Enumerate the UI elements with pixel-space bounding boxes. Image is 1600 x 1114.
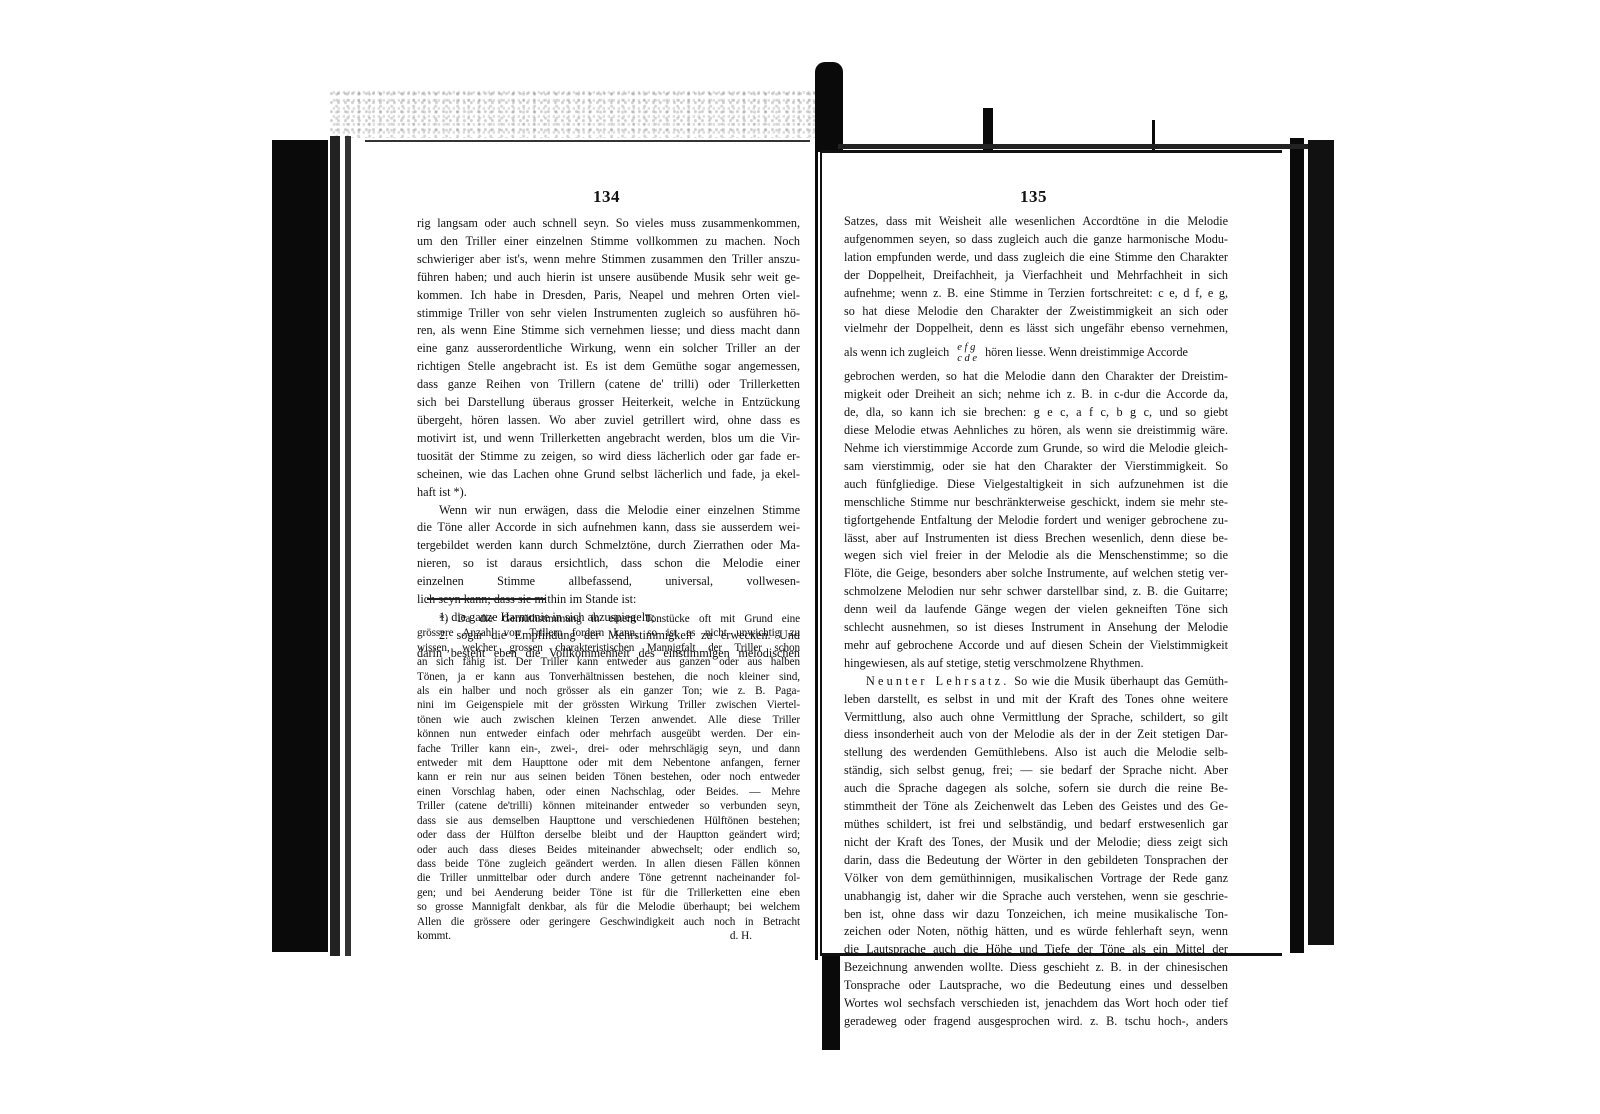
text-line: unabhangig ist, daher wir die Sprache au… [844,888,1228,906]
section-heading: Neunter Lehrsatz. [866,674,1009,688]
text-line: kommen. Ich habe in Dresden, Paris, Neap… [417,287,800,305]
text-line: schwieriger aber ist's, wenn mehre Stimm… [417,251,800,269]
left-body-text: rig langsam oder auch schnell seyn. So v… [417,215,800,663]
text-line: vielmehr der Doppelheit, denn es lässt s… [844,320,1228,338]
footnote-line: die Triller unmittelbar oder durch ander… [417,871,800,885]
footnote-line: einen Vorschlag haben, oder einen Nachsc… [417,785,800,799]
text-line: stimmige Triller von sehr vielen Instrum… [417,305,800,323]
right-body-text: Satzes, dass mit Weisheit alle wesenlich… [844,213,1228,1031]
text-line: sich bei Darstellung überaus grosser Hei… [417,394,800,412]
text-line: aufnehme; wenn z. B. eine Stimme in Terz… [844,285,1228,303]
chord-line-after: hören liesse. Wenn dreistimmige Accorde [985,345,1188,359]
gutter-bottom [822,955,840,1050]
page-number-right: 135 [1020,187,1047,207]
text-line: wegen sich viel freier in der Melodie al… [844,547,1228,565]
text-line: stimmtheit der Töne als Zeichenwelt das … [844,798,1228,816]
footnote-line: entweder mit dem Haupttone oder mit dem … [417,756,800,770]
footnote: *) Da die Gemüthstimmung in einem Tonstü… [417,612,800,944]
text-line: mehr auf gebrochene Accorde und auf dies… [844,637,1228,655]
text-line: der Doppelheit, Dreifachheit, ja Vierfac… [844,267,1228,285]
text-line: stellung des werdenden Gemüthlebens. Als… [844,744,1228,762]
footnote-line: an sich fähig ist. Der Triller kann entw… [417,655,800,669]
text-line: aufgenommen seyen, so dass zugleich auch… [844,231,1228,249]
text-line: Flöte, die Geige, besonders aber solche … [844,565,1228,583]
text-line: Nehme ich vierstimmige Accorde zum Grund… [844,440,1228,458]
chord-lower: c d e [957,353,977,364]
footnote-line: kann er rein nur aus seinen beiden Tönen… [417,770,800,784]
text-line: darin, dass die Bedeutung der Wörter in … [844,852,1228,870]
footnote-line: gen; und bei Aenderung beider Töne ist f… [417,886,800,900]
footnote-line: wissen, welcher grossen charakteristisch… [417,641,800,655]
text-line: müthes schildert, ist frei und selbständ… [844,816,1228,834]
text-line: ständig, sich selbst genug, frei; — sie … [844,762,1228,780]
footnote-line: können nun entweder einfach oder mehrfac… [417,727,800,741]
footnote-line: grössere Anzahl von Trillern fordern kan… [417,626,800,640]
text-line: die Lautsprache auch die Höhe und Tiefe … [844,941,1228,959]
text-line: eine ganz ausserordentliche Wirkung, wen… [417,340,800,358]
text-line: Satzes, dass mit Weisheit alle wesenlich… [844,213,1228,231]
footnote-rule [427,598,545,600]
text-line: migkeit oder Dreiheit an sich; nehme ich… [844,386,1228,404]
section-heading-line: Neunter Lehrsatz. So wie die Musik überh… [844,673,1228,691]
text-line: schmolzene Melodien nur sehr schwer dars… [844,583,1228,601]
right-book-edge [1290,138,1304,953]
text-line: führen haben; und auch hierin ist unsere… [417,269,800,287]
footnote-line: tönen wie auch zwischen kleinen Terzen a… [417,713,800,727]
text-line: übergeht, hören lassen. Wo aber zuviel g… [417,412,800,430]
text-line: nieren, so ist daraus ersichtlich, dass … [417,555,800,573]
footnote-line: nini im Geigenspiele mit der grössten Wi… [417,698,800,712]
text-line: Bezeichnung anwenden wollte. Diess gesch… [844,959,1228,977]
text-line: hingewiesen, als auf stetige, stetig ver… [844,655,1228,673]
text-line: ren, als wenn Eine Stimme sich vernehmen… [417,322,800,340]
left-page: 134 rig langsam oder auch schnell seyn. … [365,140,810,957]
text-line: um den Triller einer einzelnen Stimme vo… [417,233,800,251]
footnote-line: oder auch dass dieses Beides miteinander… [417,843,800,857]
right-page: 135 Satzes, dass mit Weisheit alle wesen… [820,150,1282,956]
text-line: auch die Sprache dagegen als solche, sof… [844,780,1228,798]
gutter-shadow [815,62,843,152]
text-line: schlecht ausnehmen, so ist dieses Instru… [844,619,1228,637]
text-line: Völker von dem gemüthinnigen, musikalisc… [844,870,1228,888]
text-line: leben darstellt, es selbst in und mit de… [844,691,1228,709]
text-line: diese Melodie etwas Aehnliches zu hören,… [844,422,1228,440]
chord-example-line: als wenn ich zugleiche f gc d ehören lie… [844,342,1228,364]
right-book-edge-2 [1308,140,1334,945]
text-line: dass ganze Reihen von Trillern (catene d… [417,376,800,394]
text-line: tuosität der Stimme zu zeigen, so wird d… [417,448,800,466]
text-line: die Töne aller Accorde in sich aufnehmen… [417,519,800,537]
text-line: tigfortgehende Entfaltung der Melodie fo… [844,512,1228,530]
left-book-edge [272,140,328,952]
text-line: scheinen, wie das Lachen ohne Grund selb… [417,466,800,484]
text-line: auch fünfgliedige. Diese Vielgestaltigke… [844,476,1228,494]
text-line: einzelnen Stimme allbefassend, universal… [417,573,800,591]
text-line: Wortes wol sechsfach verschieden ist, je… [844,995,1228,1013]
gutter-line [815,140,818,960]
text-line: so hat diese Melodie den Charakter der Z… [844,303,1228,321]
text-line: nicht der Kraft des Tones, der Musik und… [844,834,1228,852]
chord-upper: e f g [957,342,977,353]
footnote-line: fache Triller kann ein-, zwei-, drei- od… [417,742,800,756]
footnote-line: oder dass der Hülfton derselbe bleibt un… [417,828,800,842]
text-line: tergebildet werden kann durch Schmelztön… [417,537,800,555]
right-top-rule [838,144,1308,149]
text-line: diess insonderheit auch von der Melodie … [844,726,1228,744]
text-line: richtigen Stelle angebracht ist. Es ist … [417,358,800,376]
footnote-line: Tönen, ja er kann aus Tonverhältnissen b… [417,670,800,684]
text-line: zeichen oder Noten, nöthig hätten, und e… [844,923,1228,941]
text-line: denn weil da laufende Gänge wegen der vi… [844,601,1228,619]
footnote-signature: d. H. [417,929,800,943]
text-line: Tonsprache oder Lautsprache, wo die Bede… [844,977,1228,995]
text-line: menschliche Stimme nur beschränkterweise… [844,494,1228,512]
text-line: Vermittlung, also auch ohne Vermittlung … [844,709,1228,727]
text-line: Wenn wir nun erwägen, dass die Melodie e… [417,502,800,520]
footnote-line: dass sie aus demselben Haupttone und ver… [417,814,800,828]
footnote-line: *) Da die Gemüthstimmung in einem Tonstü… [417,612,800,626]
text-line: de, dla, so kann ich sie brechen: g e c,… [844,404,1228,422]
section-first-line: So wie die Musik überhaupt das Gemüth- [1009,674,1228,688]
text-line: sam vierstimmig, oder sie hat den Charak… [844,458,1228,476]
chord-line-before: als wenn ich zugleich [844,345,949,359]
text-line: lässt, aber auf Instrumenten ist diess B… [844,530,1228,548]
footnote-line: dass beide Töne zugleich geändert werden… [417,857,800,871]
text-line: motivirt ist, und wenn Trillerketten ang… [417,430,800,448]
top-scan-noise [330,90,830,138]
text-line: gebrochen werden, so hat die Melodie dan… [844,368,1228,386]
book-scan: 134 rig langsam oder auch schnell seyn. … [0,0,1600,1114]
left-page-stack-2 [345,136,351,956]
text-line: ben ist, ohne dass wir dazu Tonzeichen, … [844,906,1228,924]
footnote-line: als ein halber und noch grösser als ein … [417,684,800,698]
text-line: rig langsam oder auch schnell seyn. So v… [417,215,800,233]
footnote-line: so grosse Mannigfalt denkbar, als für di… [417,900,800,914]
page-number-left: 134 [593,187,620,207]
left-page-stack [330,136,340,956]
footnote-line: Allen die grössere oder geringere Geschw… [417,915,800,929]
text-line: lation empfunden werde, und dass zugleic… [844,249,1228,267]
chord-stack: e f gc d e [957,342,977,364]
text-line: geradeweg oder fragend ausgesprochen wir… [844,1013,1228,1031]
footnote-line: Triller (catene de'trilli) können mitein… [417,799,800,813]
text-line: haft ist *). [417,484,800,502]
